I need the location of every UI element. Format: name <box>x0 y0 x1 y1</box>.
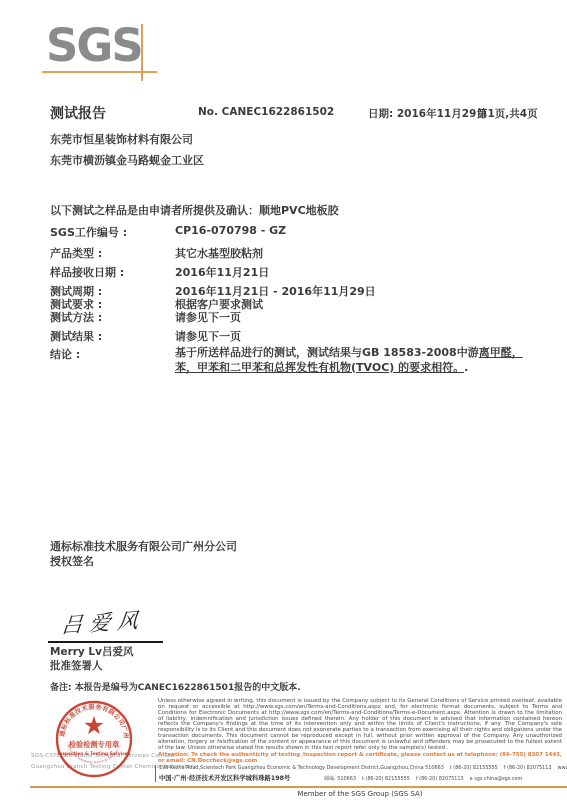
page-title: 测试报告 <box>50 103 106 123</box>
fax-number: f (86-20) 82075113 <box>504 765 552 771</box>
signature-line <box>48 641 163 643</box>
sgs-logo: SGS <box>46 23 142 68</box>
handwritten-signature: 吕爱风 <box>60 604 147 640</box>
authorized-signature-label: 授权签名 <box>50 553 94 570</box>
logo-crop-vline <box>141 24 143 81</box>
inspection-stamp: 通标标准技术服务有限公司广州分公司 SGS-CSTC Standards Tec… <box>52 699 136 781</box>
conclusion-plain: 基于所送样品进行的测试，测试结果与GB 18583-2008中游 <box>175 346 479 359</box>
applicant-address: 东莞市横沥镇金马路蚬金工业区 <box>50 152 204 169</box>
website-url: www.sgsgroup.com.cn <box>558 765 567 771</box>
postcode: 邮编: 510663 <box>324 775 356 782</box>
signatory-name: Merry Lv吕爱风 <box>50 645 133 660</box>
field-row-received-date: 样品接收日期 :2016年11月21日 <box>50 264 269 280</box>
field-label: SGS工作编号 : <box>50 224 175 240</box>
tel-number-cn: t (86-20) 82155555 <box>362 776 410 782</box>
field-row-job-no: SGS工作编号 :CP16-070798 - GZ <box>50 224 286 240</box>
logo-crop-hline <box>42 71 157 73</box>
tel-number: t (86-20) 82155555 <box>450 765 498 771</box>
address-en: 198 Kezhu Road,Scientech Park Guangzhou … <box>159 765 444 771</box>
applicant-name: 东莞市恒星装饰材料有限公司 <box>50 131 193 148</box>
address-row-cn: 中国·广州·经济技术开发区科学城科珠路198号 邮编: 510663 t (86… <box>159 773 567 782</box>
field-row-test-method: 测试方法 :请参见下一页 <box>50 309 241 325</box>
authenticity-attention: Attention: To check the authenticity of … <box>158 752 562 764</box>
address-cn: 中国·广州·经济技术开发区科学城科珠路198号 <box>159 773 290 782</box>
report-date: 日期: 2016年11月29日 <box>368 106 487 121</box>
field-value: 请参见下一页 <box>175 328 241 344</box>
sample-intro: 以下测试之样品是由申请者所提供及确认：顺地PVC地板胶 <box>50 202 339 219</box>
field-row-product-type: 产品类型 :其它水基型胶粘剂 <box>50 245 263 261</box>
field-label: 产品类型 : <box>50 245 175 261</box>
email-address: e sgs.china@sgs.com <box>470 776 523 782</box>
page-indicator: 第1页,共4页 <box>477 106 538 121</box>
field-value: 其它水基型胶粘剂 <box>175 245 263 261</box>
footer-divider <box>30 786 567 788</box>
field-label: 测试结果 : <box>50 328 175 344</box>
conclusion-text: 基于所送样品进行的测试，测试结果与GB 18583-2008中游离甲醛，苯，甲苯… <box>175 346 543 375</box>
test-report-page: SGS 测试报告 No. CANEC1622861502 日期: 2016年11… <box>0 0 567 800</box>
conclusion-row: 结论 :基于所送样品进行的测试，测试结果与GB 18583-2008中游离甲醛，… <box>50 346 543 375</box>
conclusion-label: 结论 : <box>50 346 175 362</box>
signatory-title: 批准签署人 <box>50 659 103 674</box>
field-label: 样品接收日期 : <box>50 264 175 280</box>
conclusion-tail: . <box>464 361 468 374</box>
legal-disclaimer: Unless otherwise agreed in writing, this… <box>158 699 562 752</box>
conclusion-underlined-2: 二甲苯和总挥发性有机物(TVOC) 的要求相符。 <box>230 361 464 374</box>
field-value: 请参见下一页 <box>175 309 241 325</box>
fax-number-cn: f (86-20) 82075113 <box>416 776 464 782</box>
field-row-test-results: 测试结果 :请参见下一页 <box>50 328 241 344</box>
stamp-line2: Inspection & Testing Services <box>58 751 131 757</box>
address-block: 198 Kezhu Road,Scientech Park Guangzhou … <box>155 765 567 782</box>
stamp-line1: 检验检测专用章 <box>69 740 120 749</box>
field-label: 测试方法 : <box>50 309 175 325</box>
stamp-star-icon: ★ <box>83 711 105 740</box>
field-value: 2016年11月21日 <box>175 264 269 280</box>
remark-note: 备注: 本报告是编号为CANEC1622861501报告的中文版本. <box>50 680 301 693</box>
address-row-en: 198 Kezhu Road,Scientech Park Guangzhou … <box>159 765 567 771</box>
field-value: CP16-070798 - GZ <box>175 224 286 237</box>
sgs-member-note: Member of the SGS Group (SGS SA) <box>155 790 565 798</box>
report-number: No. CANEC1622861502 <box>198 106 334 118</box>
